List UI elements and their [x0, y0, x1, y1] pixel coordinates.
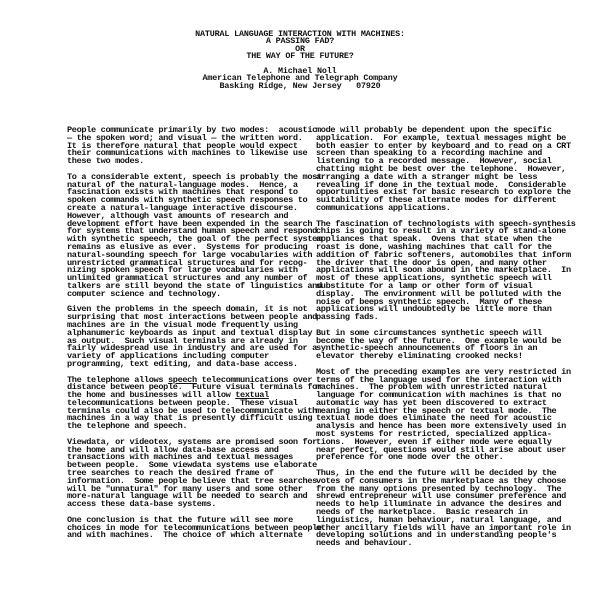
- text-line: preference for one mode over the other.: [316, 454, 556, 462]
- text-line: computer science and technology.: [67, 291, 307, 299]
- text-line: communications applications.: [316, 205, 556, 213]
- paragraph: Most of the preceding examples are very …: [316, 369, 556, 463]
- paragraph: To a considerable extent, speech is prob…: [67, 174, 307, 299]
- text-line: elevator thereby eliminating crooked nec…: [316, 353, 556, 361]
- paragraph: The fascination of technologists with sp…: [316, 221, 556, 322]
- text-line: passing fads.: [316, 314, 556, 322]
- author-block: A. Michael Noll American Telephone and T…: [0, 68, 600, 90]
- title-line: THE WAY OF THE FUTURE?: [0, 53, 600, 60]
- paragraph: Viewdata, or videotex, systems are promi…: [67, 439, 307, 509]
- paragraph: One conclusion is that the future will s…: [67, 517, 307, 540]
- text-line: needs and behaviour.: [316, 540, 556, 548]
- paragraph: mode will probably be dependent upon the…: [316, 127, 556, 213]
- author-address: Basking Ridge, New Jersey 07920: [0, 83, 600, 90]
- paragraph: The telephone allows speech telecommunic…: [67, 377, 307, 432]
- left-column: People communicate primarily by two mode…: [67, 127, 307, 548]
- document-page: NATURAL LANGUAGE INTERACTION WITH MACHIN…: [0, 0, 600, 600]
- paragraph: Given the problems in the speech domain,…: [67, 306, 307, 368]
- text-line: these two modes.: [67, 158, 307, 166]
- paragraph: But in some circumstances synthetic spee…: [316, 330, 556, 361]
- paragraph: People communicate primarily by two mode…: [67, 127, 307, 166]
- paper-title: NATURAL LANGUAGE INTERACTION WITH MACHIN…: [0, 31, 600, 60]
- paragraph: Thus, in the end the future will be deci…: [316, 470, 556, 548]
- text-line: and with machines. The choice of which a…: [67, 532, 307, 540]
- text-line: the telephone and speech.: [67, 423, 307, 431]
- text-line: access these data-base systems.: [67, 501, 307, 509]
- right-column: mode will probably be dependent upon the…: [316, 127, 556, 556]
- text-line: programming, text editing, and data-base…: [67, 361, 307, 369]
